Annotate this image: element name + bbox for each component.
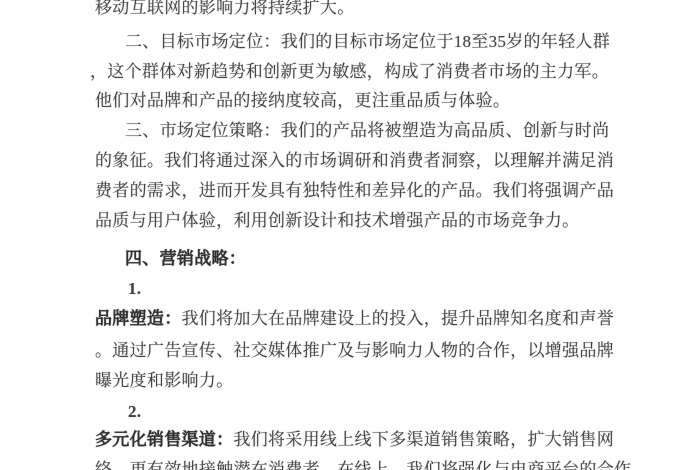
list-number-1: 1. (128, 280, 141, 297)
list-number-2: 2. (128, 403, 141, 420)
bold-lead-line-sales-channels: 多元化销售渠道：我们将采用线上线下多渠道销售策略，扩大销售网 (95, 431, 614, 448)
text-run: 我们将采用线上线下多渠道销售策略，扩大销售网 (233, 430, 614, 449)
body-line: 费者的需求，进而开发具有独特性和差异化的产品。我们将强调产品 (95, 182, 614, 199)
body-line: ，这个群体对新趋势和创新更为敏感，构成了消费者市场的主力军。 (90, 63, 609, 80)
section-heading-line-target-market: 二、目标市场定位：我们的目标市场定位于18至35岁的年轻人群 (125, 33, 610, 50)
body-line: 品质与用户体验，利用创新设计和技术增强产品的市场竞争力。 (95, 212, 579, 229)
section-heading-marketing-strategy: 四、营销战略： (125, 250, 246, 267)
bold-run-sales-channels: 多元化销售渠道： (95, 430, 233, 449)
body-line: 的象征。我们将通过深入的市场调研和消费者洞察，以理解并满足消 (95, 152, 614, 169)
body-line: 曝光度和影响力。 (95, 372, 233, 389)
bold-lead-line-brand-building: 品牌塑造：我们将加大在品牌建设上的投入，提升品牌知名度和声誉 (95, 310, 614, 327)
text-run: 我们将加大在品牌建设上的投入，提升品牌知名度和声誉 (182, 309, 615, 328)
body-line: 他们对品牌和产品的接纳度较高，更注重品质与体验。 (95, 92, 510, 109)
section-heading-line-positioning-strategy: 三、市场定位策略：我们的产品将被塑造为高品质、创新与时尚 (125, 122, 609, 139)
body-line-clipped-bottom: 络，更有效地接触潜在消费者。在线上，我们将强化与电商平台的合作 (95, 461, 631, 470)
body-line: 移动互联网的影响力将持续扩大。 (95, 0, 355, 16)
body-line: 。通过广告宣传、社交媒体推广及与影响力人物的合作，以增强品牌 (95, 342, 614, 359)
bold-run-brand-building: 品牌塑造： (95, 309, 182, 328)
document-page: 移动互联网的影响力将持续扩大。 二、目标市场定位：我们的目标市场定位于18至35… (0, 0, 700, 470)
